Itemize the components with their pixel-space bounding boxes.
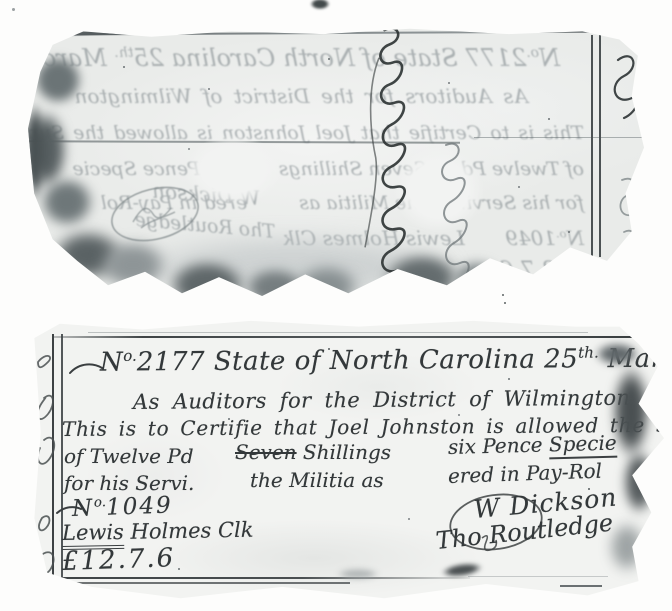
stray-dash [560,585,602,587]
certificate-line-5-militia: the Militia as [250,469,384,492]
certificate-payroll-number: No.1049 [72,492,174,522]
certificate-border-top [54,336,646,338]
certificate-line-5-payroll: ered in Pay-Rol [448,460,603,488]
margin-curls [30,348,58,588]
page-colon-marks [502,294,504,296]
paper-specks [28,318,30,320]
ink-smear [432,557,492,583]
vertical-endorsement-ink [334,26,427,280]
mirror-line-1: No.2177 State of North Carolina 25th. Ma… [0,44,560,72]
page-edge-mark [306,0,334,12]
right-margin-curl [606,52,646,124]
top-edge-rule [56,30,632,35]
certificate-border-bottom-faint [468,576,608,577]
vertical-ink-squiggle [426,141,478,309]
certificate-line-1: No.2177 State of North Carolina 25th. Ma… [100,343,672,378]
line1-lead-flourish [68,360,104,376]
certificate-line-5-service: for his Servi. [64,472,194,495]
certificate-line-4-amount-pence: six Pence Specie [448,432,617,459]
paper-specks [28,26,30,28]
mirror-line-3: This is to Certifie that Joel Johnston i… [21,122,584,144]
certificate-line-2: As Auditors for the District of Wilmingt… [133,386,631,414]
mirror-line-8: £12.7.6 [500,258,584,283]
ragged-edge-stain [616,436,662,528]
certificate-border-bottom-2 [50,582,350,584]
right-double-rule [591,35,601,257]
page-speck [12,8,15,11]
certificate-line-4-amount-pounds: of Twelve Pd [64,445,194,468]
certificate-border-top-thin [88,332,588,333]
mirror-line-2: As Auditors for the District of Wilmingt… [75,84,528,108]
certificate-paper: No.2177 State of North Carolina 25th. Ma… [28,318,664,604]
certificate-border-bottom [50,577,470,579]
faint-smudge [328,566,388,582]
certificate-line-4-amount-shillings: Seven Shillings [235,441,391,464]
reverse-scan-paper: No.2177 State of North Carolina 25th. Ma… [28,26,644,296]
stray-dash [612,590,638,592]
right-margin-curl [612,174,646,266]
certificate-clerk-signature: Lewis Holmes Clk [62,518,254,545]
mirror-circled-signature-flourish [103,174,211,258]
amount-total: £12.7.6 [61,544,175,578]
